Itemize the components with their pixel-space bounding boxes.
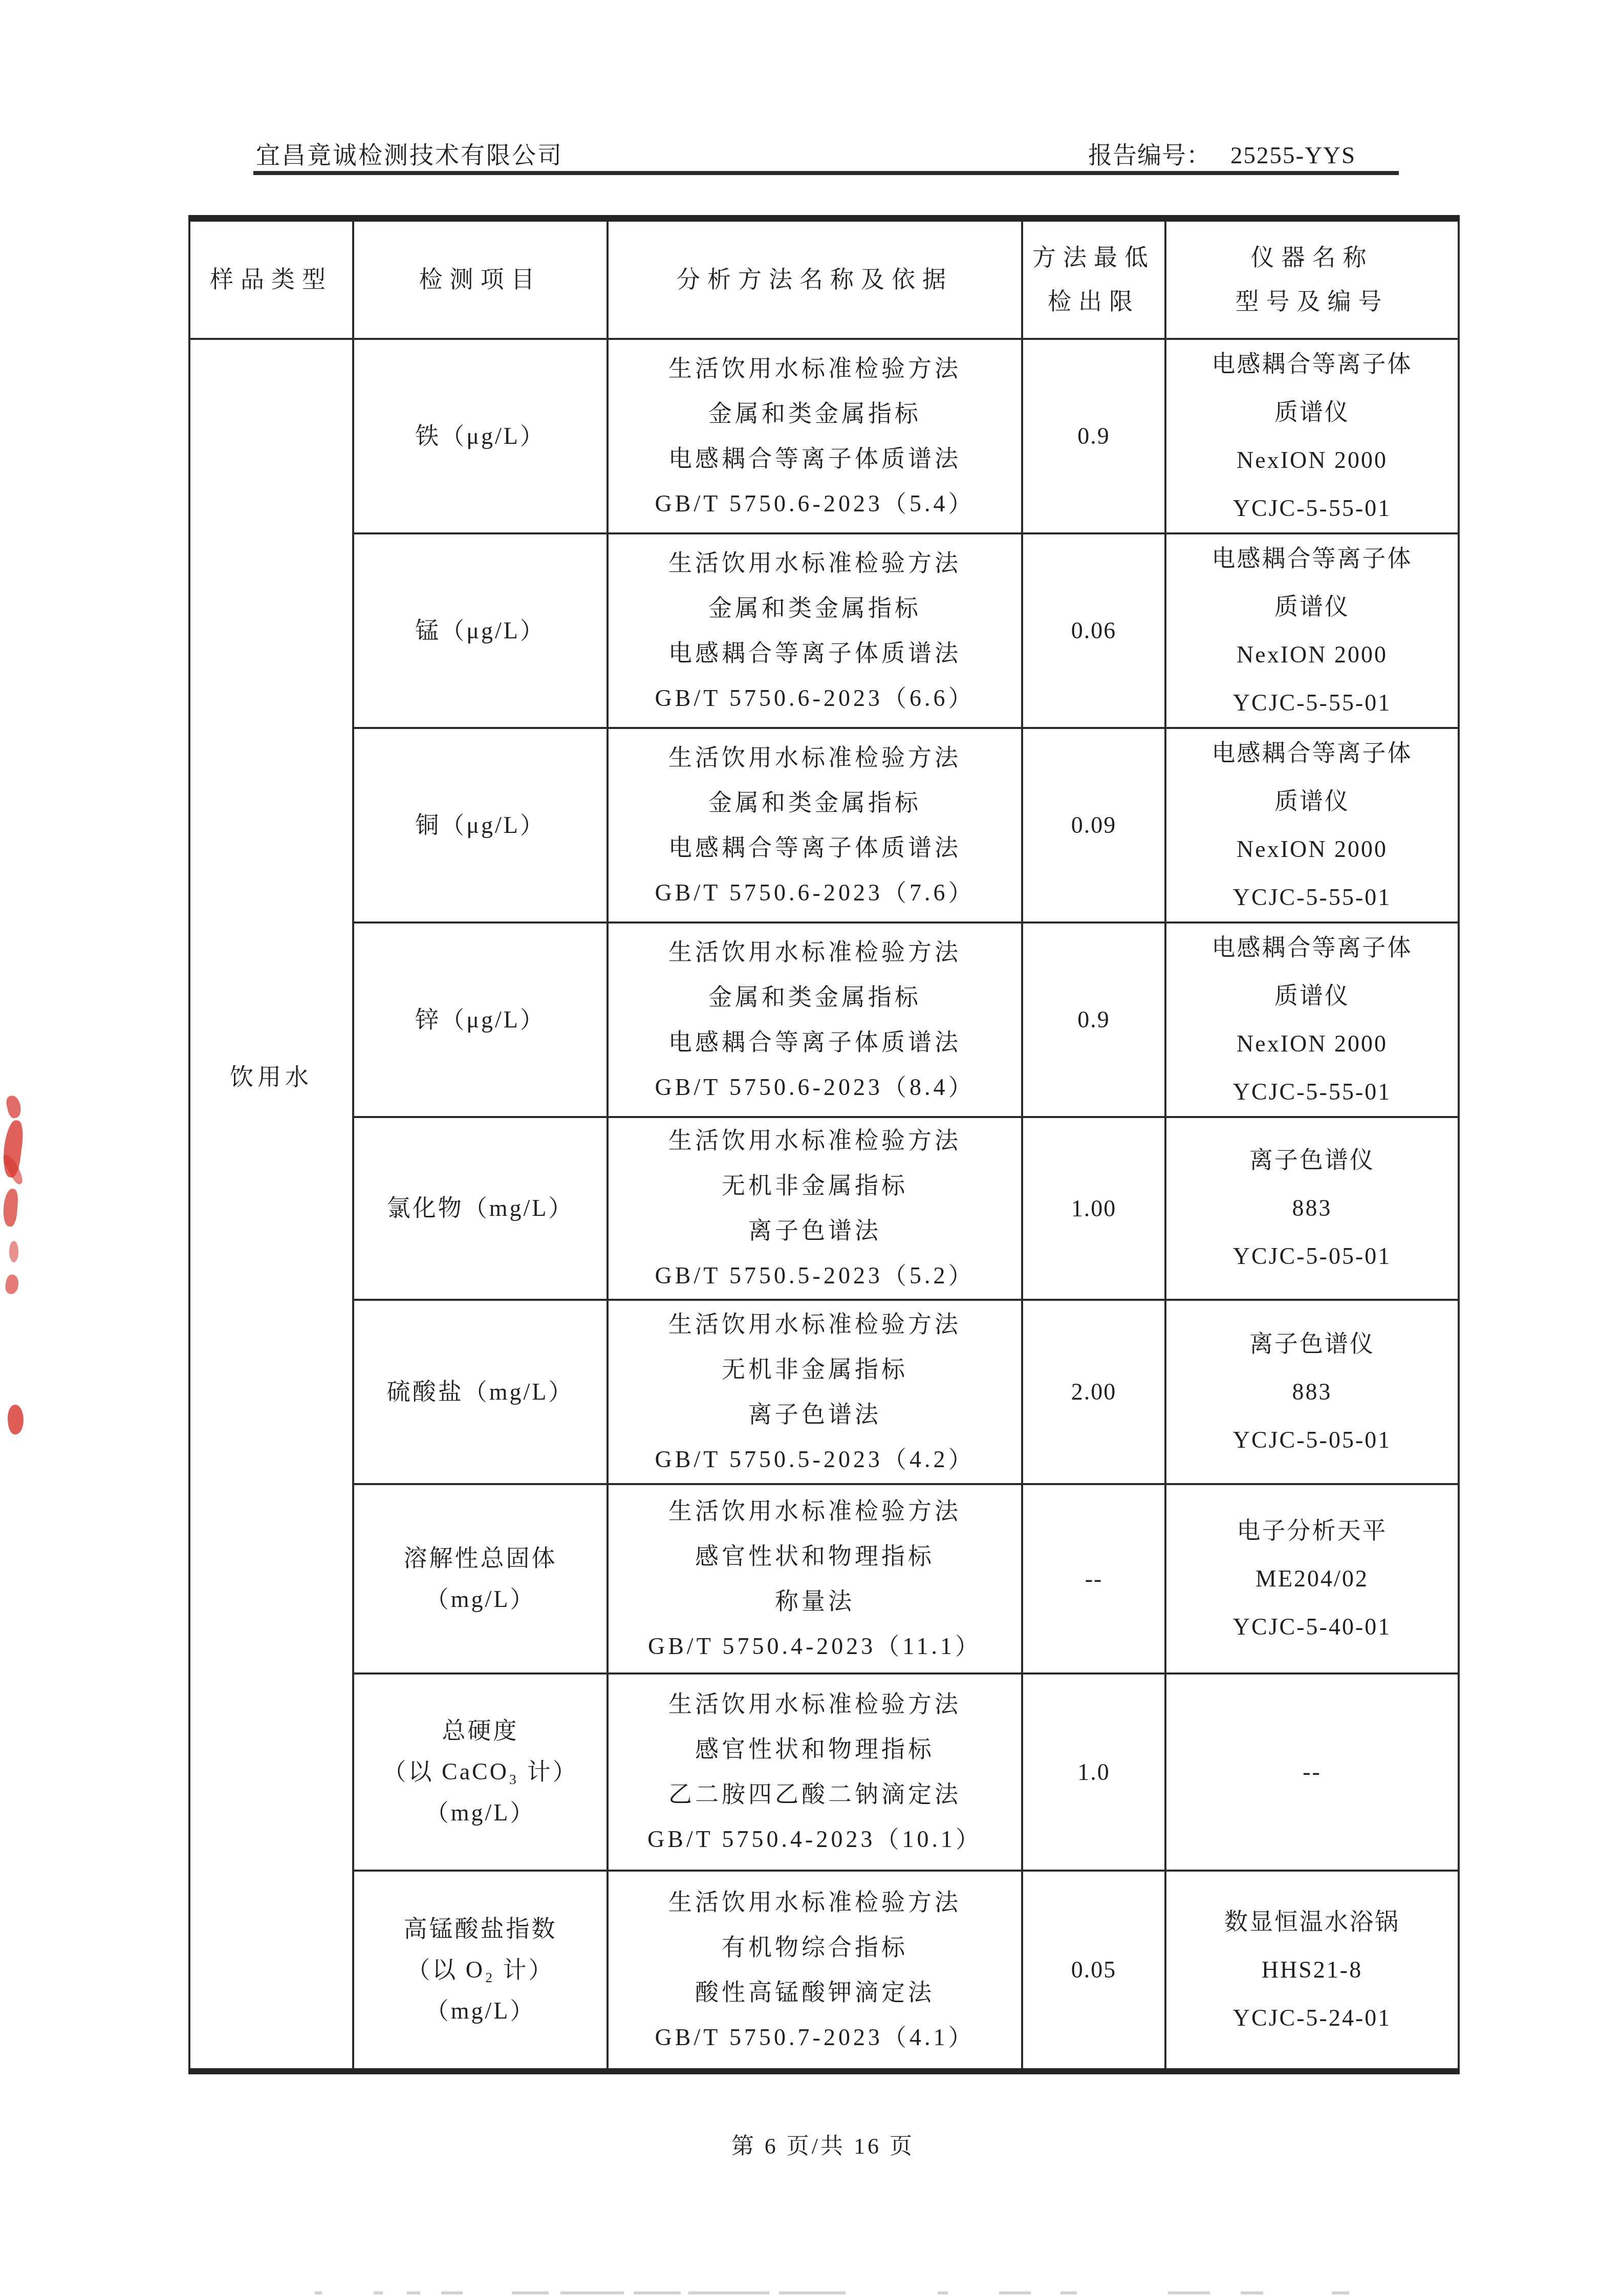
scan-artifact — [1332, 2291, 1349, 2294]
scan-artifact — [999, 2291, 1031, 2294]
method-cell: 生活饮用水标准检验方法 感官性状和物理指标 乙二胺四乙酸二钠滴定法 GB/T 5… — [608, 1673, 1022, 1871]
method-cell: 生活饮用水标准检验方法 感官性状和物理指标 称量法 GB/T 5750.4-20… — [608, 1484, 1022, 1673]
method-cell: 生活饮用水标准检验方法 金属和类金属指标 电感耦合等离子体质谱法 GB/T 57… — [608, 533, 1022, 728]
report-number-label: 报告编号： — [1088, 142, 1211, 169]
header-cell-detection-limit: 方法最低 检出限 — [1022, 219, 1165, 339]
scan-artifact — [512, 2291, 549, 2294]
item-cell: 溶解性总固体 （mg/L） — [353, 1484, 608, 1673]
limit-cell: 2.00 — [1022, 1300, 1165, 1484]
header-divider-line — [253, 171, 1399, 175]
seal-fragment — [2, 1188, 18, 1227]
table-row: 氯化物（mg/L） 生活饮用水标准检验方法 无机非金属指标 离子色谱法 GB/T… — [189, 1117, 1459, 1300]
scan-artifact — [560, 2291, 624, 2294]
seal-fragment — [9, 1241, 18, 1262]
scan-artifact — [1060, 2291, 1077, 2294]
method-cell: 生活饮用水标准检验方法 无机非金属指标 离子色谱法 GB/T 5750.5-20… — [608, 1117, 1022, 1300]
scan-artifact — [407, 2291, 420, 2294]
seal-fragment — [4, 1274, 20, 1295]
sample-type-label: 饮用水 — [230, 1058, 313, 1092]
table-row: 饮用水 铁（μg/L） 生活饮用水标准检验方法 金属和类金属指标 电感耦合等离子… — [189, 339, 1459, 533]
instrument-cell: 离子色谱仪 883 YCJC-5-05-01 — [1165, 1300, 1459, 1484]
method-cell: 生活饮用水标准检验方法 无机非金属指标 离子色谱法 GB/T 5750.5-20… — [608, 1300, 1022, 1484]
scan-artifact — [374, 2291, 383, 2294]
item-cell: 总硬度 （以 CaCO₃ 计） （mg/L） — [353, 1673, 608, 1871]
table-row: 总硬度 （以 CaCO₃ 计） （mg/L） 生活饮用水标准检验方法 感官性状和… — [189, 1673, 1459, 1871]
document-page: 宜昌竟诚检测技术有限公司 报告编号：25255-YYS 样品类型 检测项目 分析… — [0, 0, 1624, 2296]
scan-artifact — [1168, 2291, 1210, 2294]
instrument-cell: 电子分析天平 ME204/02 YCJC-5-40-01 — [1165, 1484, 1459, 1673]
report-number-value: 25255-YYS — [1230, 142, 1356, 169]
seal-fragment — [6, 1404, 25, 1435]
page-number: 第 6 页/共 16 页 — [188, 2128, 1458, 2160]
method-cell: 生活饮用水标准检验方法 有机物综合指标 酸性高锰酸钾滴定法 GB/T 5750.… — [608, 1871, 1022, 2071]
scan-artifact — [634, 2291, 681, 2294]
item-cell: 锰（μg/L） — [353, 533, 608, 728]
limit-cell: 1.0 — [1022, 1673, 1165, 1871]
method-cell: 生活饮用水标准检验方法 金属和类金属指标 电感耦合等离子体质谱法 GB/T 57… — [608, 339, 1022, 533]
table-header-row: 样品类型 检测项目 分析方法名称及依据 方法最低 检出限 仪器名称 型号及编号 — [189, 219, 1459, 339]
header-cell-item: 检测项目 — [353, 219, 608, 339]
item-cell: 锌（μg/L） — [353, 922, 608, 1117]
table-row: 硫酸盐（mg/L） 生活饮用水标准检验方法 无机非金属指标 离子色谱法 GB/T… — [189, 1300, 1459, 1484]
header-cell-instrument: 仪器名称 型号及编号 — [1165, 219, 1459, 339]
header-cell-sample-type: 样品类型 — [189, 219, 353, 339]
table-row: 锰（μg/L） 生活饮用水标准检验方法 金属和类金属指标 电感耦合等离子体质谱法… — [189, 533, 1459, 728]
limit-cell: 1.00 — [1022, 1117, 1165, 1300]
item-cell: 高锰酸盐指数 （以 O₂ 计） （mg/L） — [353, 1871, 608, 2071]
table-row: 高锰酸盐指数 （以 O₂ 计） （mg/L） 生活饮用水标准检验方法 有机物综合… — [189, 1871, 1459, 2071]
scan-artifact — [779, 2291, 846, 2294]
scan-artifact — [1241, 2291, 1263, 2294]
instrument-cell: 电感耦合等离子体 质谱仪 NexION 2000 YCJC-5-55-01 — [1165, 533, 1459, 728]
scan-artifact — [688, 2291, 769, 2294]
table-row: 铜（μg/L） 生活饮用水标准检验方法 金属和类金属指标 电感耦合等离子体质谱法… — [189, 728, 1459, 922]
limit-cell: 0.9 — [1022, 339, 1165, 533]
table-row: 溶解性总固体 （mg/L） 生活饮用水标准检验方法 感官性状和物理指标 称量法 … — [189, 1484, 1459, 1673]
limit-cell: 0.06 — [1022, 533, 1165, 728]
limit-cell: -- — [1022, 1484, 1165, 1673]
item-cell: 铜（μg/L） — [353, 728, 608, 922]
method-cell: 生活饮用水标准检验方法 金属和类金属指标 电感耦合等离子体质谱法 GB/T 57… — [608, 728, 1022, 922]
limit-cell: 0.05 — [1022, 1871, 1165, 2071]
instrument-cell: 离子色谱仪 883 YCJC-5-05-01 — [1165, 1117, 1459, 1300]
scan-artifact — [315, 2291, 322, 2294]
header-cell-method: 分析方法名称及依据 — [608, 219, 1022, 339]
method-cell: 生活饮用水标准检验方法 金属和类金属指标 电感耦合等离子体质谱法 GB/T 57… — [608, 922, 1022, 1117]
report-number-line: 报告编号：25255-YYS — [1088, 136, 1356, 170]
instrument-cell: -- — [1165, 1673, 1459, 1871]
table-row: 锌（μg/L） 生活饮用水标准检验方法 金属和类金属指标 电感耦合等离子体质谱法… — [189, 922, 1459, 1117]
item-cell: 氯化物（mg/L） — [353, 1117, 608, 1300]
instrument-cell: 数显恒温水浴锅 HHS21-8 YCJC-5-24-01 — [1165, 1871, 1459, 2071]
instrument-cell: 电感耦合等离子体 质谱仪 NexION 2000 YCJC-5-55-01 — [1165, 339, 1459, 533]
company-name: 宜昌竟诚检测技术有限公司 — [256, 136, 563, 170]
sample-type-cell: 饮用水 — [189, 339, 353, 2071]
instrument-cell: 电感耦合等离子体 质谱仪 NexION 2000 YCJC-5-55-01 — [1165, 922, 1459, 1117]
item-cell: 硫酸盐（mg/L） — [353, 1300, 608, 1484]
seal-fragment — [5, 1095, 23, 1120]
item-cell: 铁（μg/L） — [353, 339, 608, 533]
instrument-cell: 电感耦合等离子体 质谱仪 NexION 2000 YCJC-5-55-01 — [1165, 728, 1459, 922]
limit-cell: 0.9 — [1022, 922, 1165, 1117]
method-table: 样品类型 检测项目 分析方法名称及依据 方法最低 检出限 仪器名称 型号及编号 … — [188, 215, 1460, 2074]
scan-artifact — [938, 2291, 948, 2294]
limit-cell: 0.09 — [1022, 728, 1165, 922]
scan-artifact — [441, 2291, 463, 2294]
